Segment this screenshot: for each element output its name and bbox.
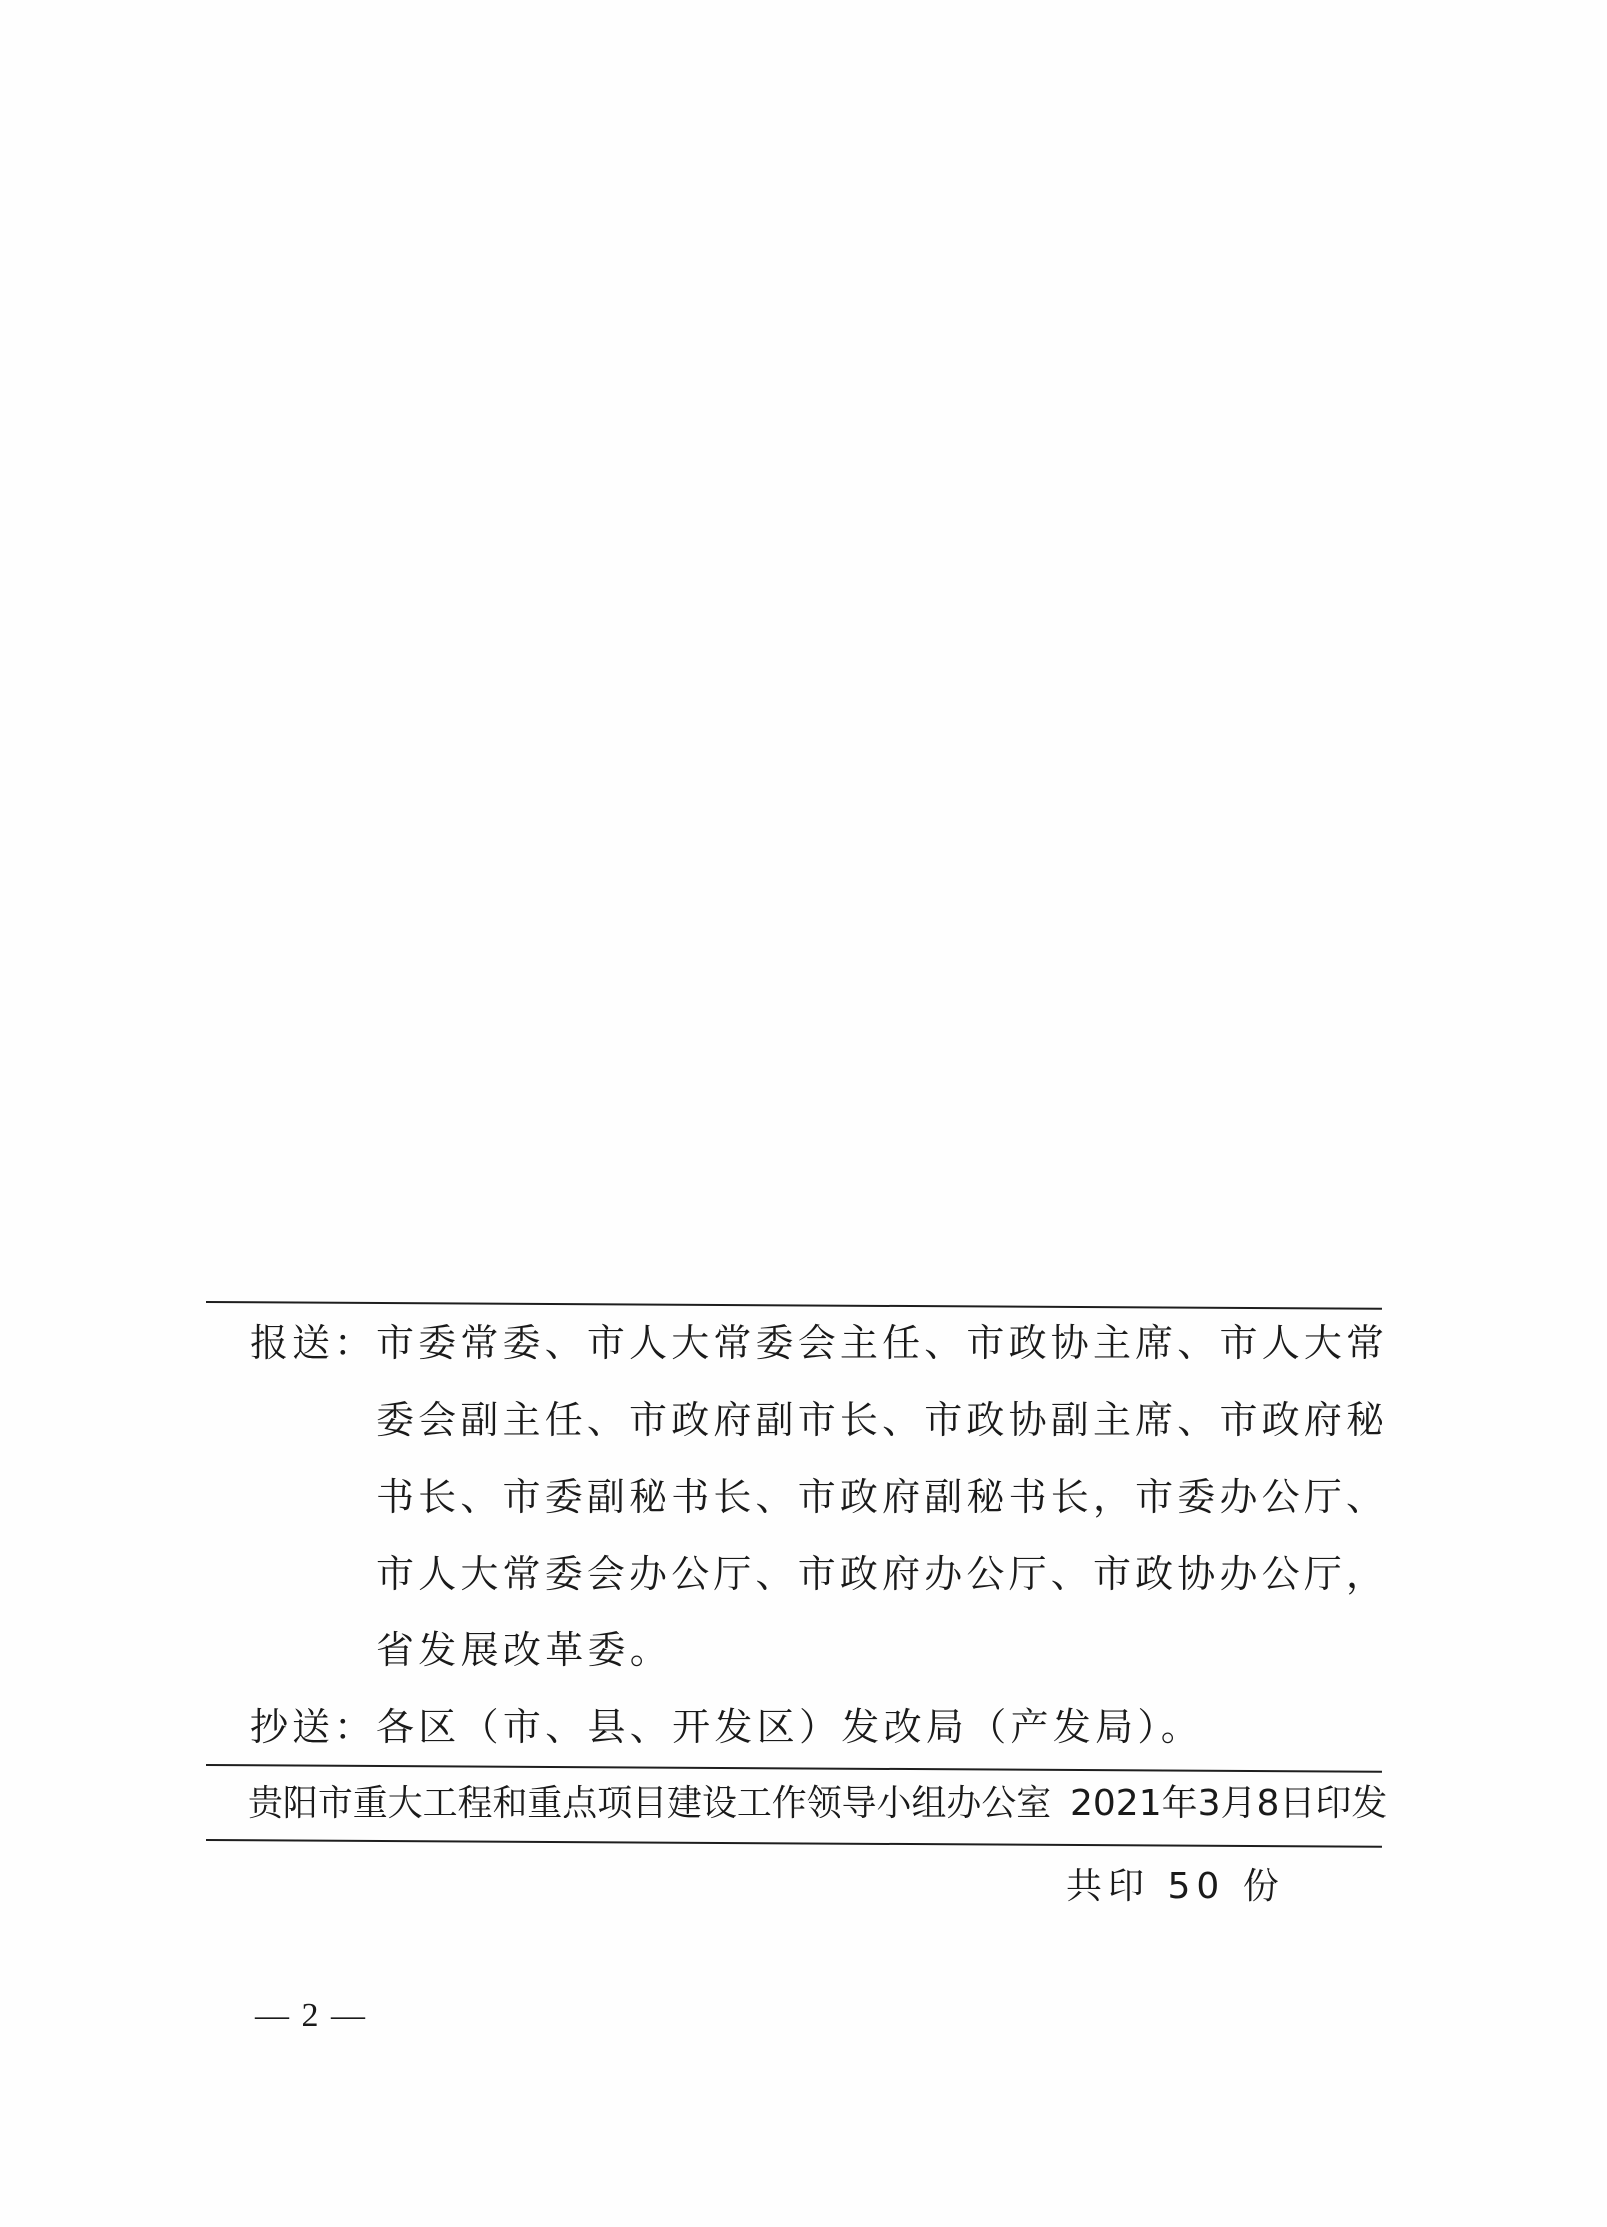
report-to-line-4: 市人大常委会办公厅、市政府办公厅、市政协办公厅， xyxy=(376,1551,1384,1597)
copy-to-label: 抄送： xyxy=(250,1704,378,1750)
document-page: 报送： 市委常委、市人大常委会主任、市政协主席、市人大常 委会副主任、市政府副市… xyxy=(0,0,1607,2227)
page-number: — 2 — xyxy=(255,1996,367,2036)
issuance-top-rule xyxy=(206,1764,1382,1773)
distribution-top-rule xyxy=(206,1301,1382,1310)
issuance-bottom-rule xyxy=(206,1839,1382,1848)
report-to-line-1: 市委常委、市人大常委会主任、市政协主席、市人大常 xyxy=(376,1320,1384,1366)
print-copies: 共印 50 份 xyxy=(1066,1864,1285,1910)
report-to-line-2: 委会副主任、市政府副市长、市政协副主席、市政府秘 xyxy=(376,1397,1384,1443)
issuance-date: 2021年3月8日印发 xyxy=(1070,1781,1382,1827)
issuing-organization: 贵阳市重大工程和重点项目建设工作领导小组办公室 xyxy=(248,1781,1024,1827)
report-to-line-3: 书长、市委副秘书长、市政府副秘书长，市委办公厅、 xyxy=(376,1474,1384,1520)
copy-to-text: 各区（市、县、开发区）发改局（产发局）。 xyxy=(376,1704,1384,1750)
report-to-label: 报送： xyxy=(250,1320,378,1366)
report-to-line-5: 省发展改革委。 xyxy=(376,1627,1384,1673)
